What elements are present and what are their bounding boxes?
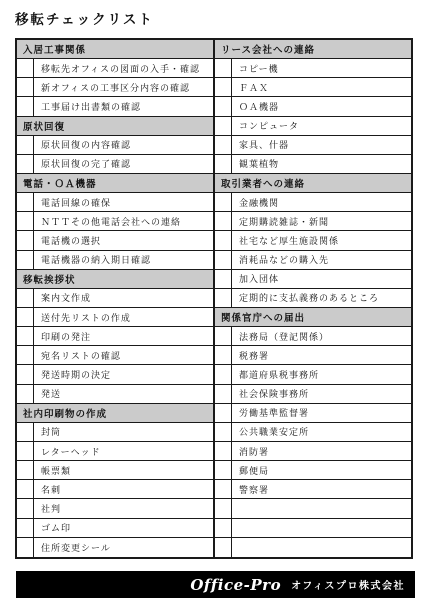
checklist-row: 郵便局 (215, 461, 411, 480)
checklist-item-label: 新オフィスの工事区分内容の確認 (34, 81, 190, 94)
section-header-label: 移転挨拶状 (23, 272, 76, 286)
checkbox-cell (17, 97, 34, 115)
section-header-row: 入居工事関係 (17, 40, 213, 59)
checkbox-cell (215, 423, 232, 441)
checklist-row: 案内文作成 (17, 289, 213, 308)
checkbox-cell (17, 231, 34, 249)
checklist-item-label: ＦＡＸ (232, 81, 269, 94)
checkbox-cell (17, 212, 34, 230)
checklist-item-label: 社会保険事務所 (232, 387, 309, 400)
checklist-item-label: 公共職業安定所 (232, 425, 309, 438)
checklist-row: 税務署 (215, 346, 411, 365)
checklist-item-label: 金融機関 (232, 196, 279, 209)
checklist-row: 住所変更シール (17, 538, 213, 557)
checklist-item-label: 原状回復の内容確認 (34, 138, 131, 151)
section-header-label: 取引業者への連絡 (221, 176, 305, 190)
checkbox-cell (17, 519, 34, 537)
checklist-row: 消耗品などの購入先 (215, 251, 411, 270)
checklist-item-label: 社宅など厚生施設関係 (232, 234, 339, 247)
checklist-row: 法務局（登記関係） (215, 327, 411, 346)
checklist-item-label: 都道府県税事務所 (232, 368, 319, 381)
checkbox-cell (215, 212, 232, 230)
checklist-row: 原状回復の完了確認 (17, 155, 213, 174)
checklist-row: 原状回復の内容確認 (17, 136, 213, 155)
checklist-row: 封筒 (17, 423, 213, 442)
checkbox-cell (17, 442, 34, 460)
checklist-item-label: 名刺 (34, 483, 61, 496)
checkbox-cell (215, 136, 232, 154)
checklist-row: ＦＡＸ (215, 78, 411, 97)
checklist-item-label: 消耗品などの購入先 (232, 253, 329, 266)
checklist-item-label: 帳票類 (34, 464, 71, 477)
checklist-item-label: 消防署 (232, 445, 269, 458)
checklist-item-label: 送付先リストの作成 (34, 311, 131, 324)
checkbox-cell (17, 480, 34, 498)
checklist-item-label: 観葉植物 (232, 157, 279, 170)
section-header-row: 取引業者への連絡 (215, 174, 411, 193)
checklist-item-label: 法務局（登記関係） (232, 330, 329, 343)
checkbox-cell (17, 136, 34, 154)
checkbox-cell (215, 346, 232, 364)
checklist-row: コンピュータ (215, 117, 411, 136)
section-header-label: リース会社への連絡 (221, 42, 315, 56)
checklist-item-label: 封筒 (34, 425, 61, 438)
checklist-row: 電話回線の確保 (17, 193, 213, 212)
checklist-item-label: 電話機の選択 (34, 234, 101, 247)
checklist-item-label: 発送 (34, 387, 61, 400)
checkbox-cell (215, 117, 232, 135)
checklist-row: ＮＴＴその他電話会社への連絡 (17, 212, 213, 231)
checklist-row: 送付先リストの作成 (17, 308, 213, 327)
checklist-item-label: 発送時期の決定 (34, 368, 111, 381)
checklist-row: 家具、什器 (215, 136, 411, 155)
checklist-row: 観葉植物 (215, 155, 411, 174)
checklist-row: コピー機 (215, 59, 411, 78)
checkbox-cell (17, 155, 34, 173)
checklist-item-label: 工事届け出書類の確認 (34, 100, 141, 113)
checklist-row: 帳票類 (17, 461, 213, 480)
checkbox-cell (215, 155, 232, 173)
checklist-row: 加入団体 (215, 270, 411, 289)
section-header-row: 原状回復 (17, 117, 213, 136)
checkbox-cell (215, 231, 232, 249)
checklist-row: 移転先オフィスの図面の入手・確認 (17, 59, 213, 78)
checklist-item-label: レターヘッド (34, 445, 101, 458)
checklist-item-label: 宛名リストの確認 (34, 349, 121, 362)
checklist-row: 労働基準監督署 (215, 404, 411, 423)
checklist-item-label: 原状回復の完了確認 (34, 157, 131, 170)
document-page: 移転チェックリスト 入居工事関係移転先オフィスの図面の入手・確認新オフィスの工事… (0, 0, 430, 610)
checklist-row: 発送時期の決定 (17, 365, 213, 384)
checklist-row: 宛名リストの確認 (17, 346, 213, 365)
checkbox-cell (215, 193, 232, 211)
checklist-item-label: 電話機器の納入期日確認 (34, 253, 151, 266)
checkbox-cell (215, 97, 232, 115)
checklist-row: 社会保険事務所 (215, 385, 411, 404)
checklist-item-label: 定期購読雑誌・新聞 (232, 215, 329, 228)
section-header-row: 関係官庁への届出 (215, 308, 411, 327)
checklist-item-label: 電話回線の確保 (34, 196, 111, 209)
checkbox-cell (215, 59, 232, 77)
checklist-row: 電話機器の納入期日確認 (17, 251, 213, 270)
checklist-item-label: 案内文作成 (34, 291, 91, 304)
section-header-label: 関係官庁への届出 (221, 310, 305, 324)
checklist-left-column: 入居工事関係移転先オフィスの図面の入手・確認新オフィスの工事区分内容の確認工事届… (17, 40, 215, 557)
page-title: 移転チェックリスト (15, 8, 154, 28)
checkbox-cell (17, 251, 34, 269)
checklist-row: 消防署 (215, 442, 411, 461)
checklist-item-label: 税務署 (232, 349, 269, 362)
section-header-row: 社内印刷物の作成 (17, 404, 213, 423)
checkbox-cell (17, 385, 34, 403)
empty-row (215, 519, 411, 538)
empty-row (215, 499, 411, 518)
checkbox-cell (215, 461, 232, 479)
checkbox-cell (17, 327, 34, 345)
section-header-label: 入居工事関係 (23, 42, 86, 56)
checkbox-cell (17, 59, 34, 77)
checkbox-cell (215, 499, 232, 517)
checkbox-cell (17, 365, 34, 383)
checklist-row: 工事届け出書類の確認 (17, 97, 213, 116)
checklist-row: 都道府県税事務所 (215, 365, 411, 384)
checklist-row: 定期購読雑誌・新聞 (215, 212, 411, 231)
checklist-item-label: 住所変更シール (34, 541, 111, 554)
checklist-row: 社判 (17, 499, 213, 518)
checkbox-cell (215, 289, 232, 307)
company-name: オフィスプロ株式会社 (291, 577, 405, 592)
section-header-label: 原状回復 (23, 119, 65, 133)
checklist-table: 入居工事関係移転先オフィスの図面の入手・確認新オフィスの工事区分内容の確認工事届… (15, 38, 413, 559)
checklist-row: 定期的に支払義務のあるところ (215, 289, 411, 308)
section-header-row: 移転挨拶状 (17, 270, 213, 289)
section-header-row: リース会社への連絡 (215, 40, 411, 59)
checklist-item-label: 社判 (34, 502, 61, 515)
checklist-right-column: リース会社への連絡コピー機ＦＡＸＯＡ機器コンピュータ家具、什器観葉植物取引業者へ… (215, 40, 411, 557)
checklist-row: 金融機関 (215, 193, 411, 212)
checkbox-cell (215, 538, 232, 557)
company-logo: Office-Pro (190, 576, 281, 594)
checklist-row: 新オフィスの工事区分内容の確認 (17, 78, 213, 97)
checklist-item-label: コピー機 (232, 62, 279, 75)
section-header-label: 社内印刷物の作成 (23, 406, 107, 420)
checkbox-cell (215, 270, 232, 288)
checkbox-cell (215, 327, 232, 345)
checklist-item-label: 印刷の発注 (34, 330, 91, 343)
checklist-row: ゴム印 (17, 519, 213, 538)
checklist-item-label: 定期的に支払義務のあるところ (232, 291, 379, 304)
checklist-row: 電話機の選択 (17, 231, 213, 250)
footer-bar: Office-Pro オフィスプロ株式会社 (16, 571, 415, 598)
section-header-label: 電話・ＯＡ機器 (23, 176, 97, 190)
checklist-row: 発送 (17, 385, 213, 404)
checklist-row: 公共職業安定所 (215, 423, 411, 442)
checkbox-cell (215, 385, 232, 403)
empty-row (215, 538, 411, 557)
checklist-item-label: 加入団体 (232, 272, 279, 285)
checkbox-cell (215, 442, 232, 460)
checklist-item-label: 移転先オフィスの図面の入手・確認 (34, 62, 200, 75)
checkbox-cell (17, 499, 34, 517)
checklist-item-label: 家具、什器 (232, 138, 289, 151)
checkbox-cell (17, 193, 34, 211)
checkbox-cell (215, 251, 232, 269)
checklist-row: 印刷の発注 (17, 327, 213, 346)
checkbox-cell (215, 404, 232, 422)
section-header-row: 電話・ＯＡ機器 (17, 174, 213, 193)
checklist-row: レターヘッド (17, 442, 213, 461)
checkbox-cell (215, 78, 232, 96)
checkbox-cell (215, 365, 232, 383)
checklist-row: 名刺 (17, 480, 213, 499)
checklist-row: 警察署 (215, 480, 411, 499)
checkbox-cell (17, 78, 34, 96)
checkbox-cell (215, 519, 232, 537)
checkbox-cell (17, 423, 34, 441)
checkbox-cell (17, 461, 34, 479)
checklist-item-label: 警察署 (232, 483, 269, 496)
checklist-row: ＯＡ機器 (215, 97, 411, 116)
checklist-item-label: コンピュータ (232, 119, 299, 132)
checkbox-cell (215, 480, 232, 498)
checklist-row: 社宅など厚生施設関係 (215, 231, 411, 250)
checklist-item-label: ＮＴＴその他電話会社への連絡 (34, 215, 181, 228)
checkbox-cell (17, 308, 34, 326)
checklist-item-label: ＯＡ機器 (232, 100, 279, 113)
checklist-item-label: 労働基準監督署 (232, 406, 309, 419)
checkbox-cell (17, 346, 34, 364)
checklist-item-label: ゴム印 (34, 521, 71, 534)
checkbox-cell (17, 289, 34, 307)
checkbox-cell (17, 538, 34, 557)
checklist-item-label: 郵便局 (232, 464, 269, 477)
